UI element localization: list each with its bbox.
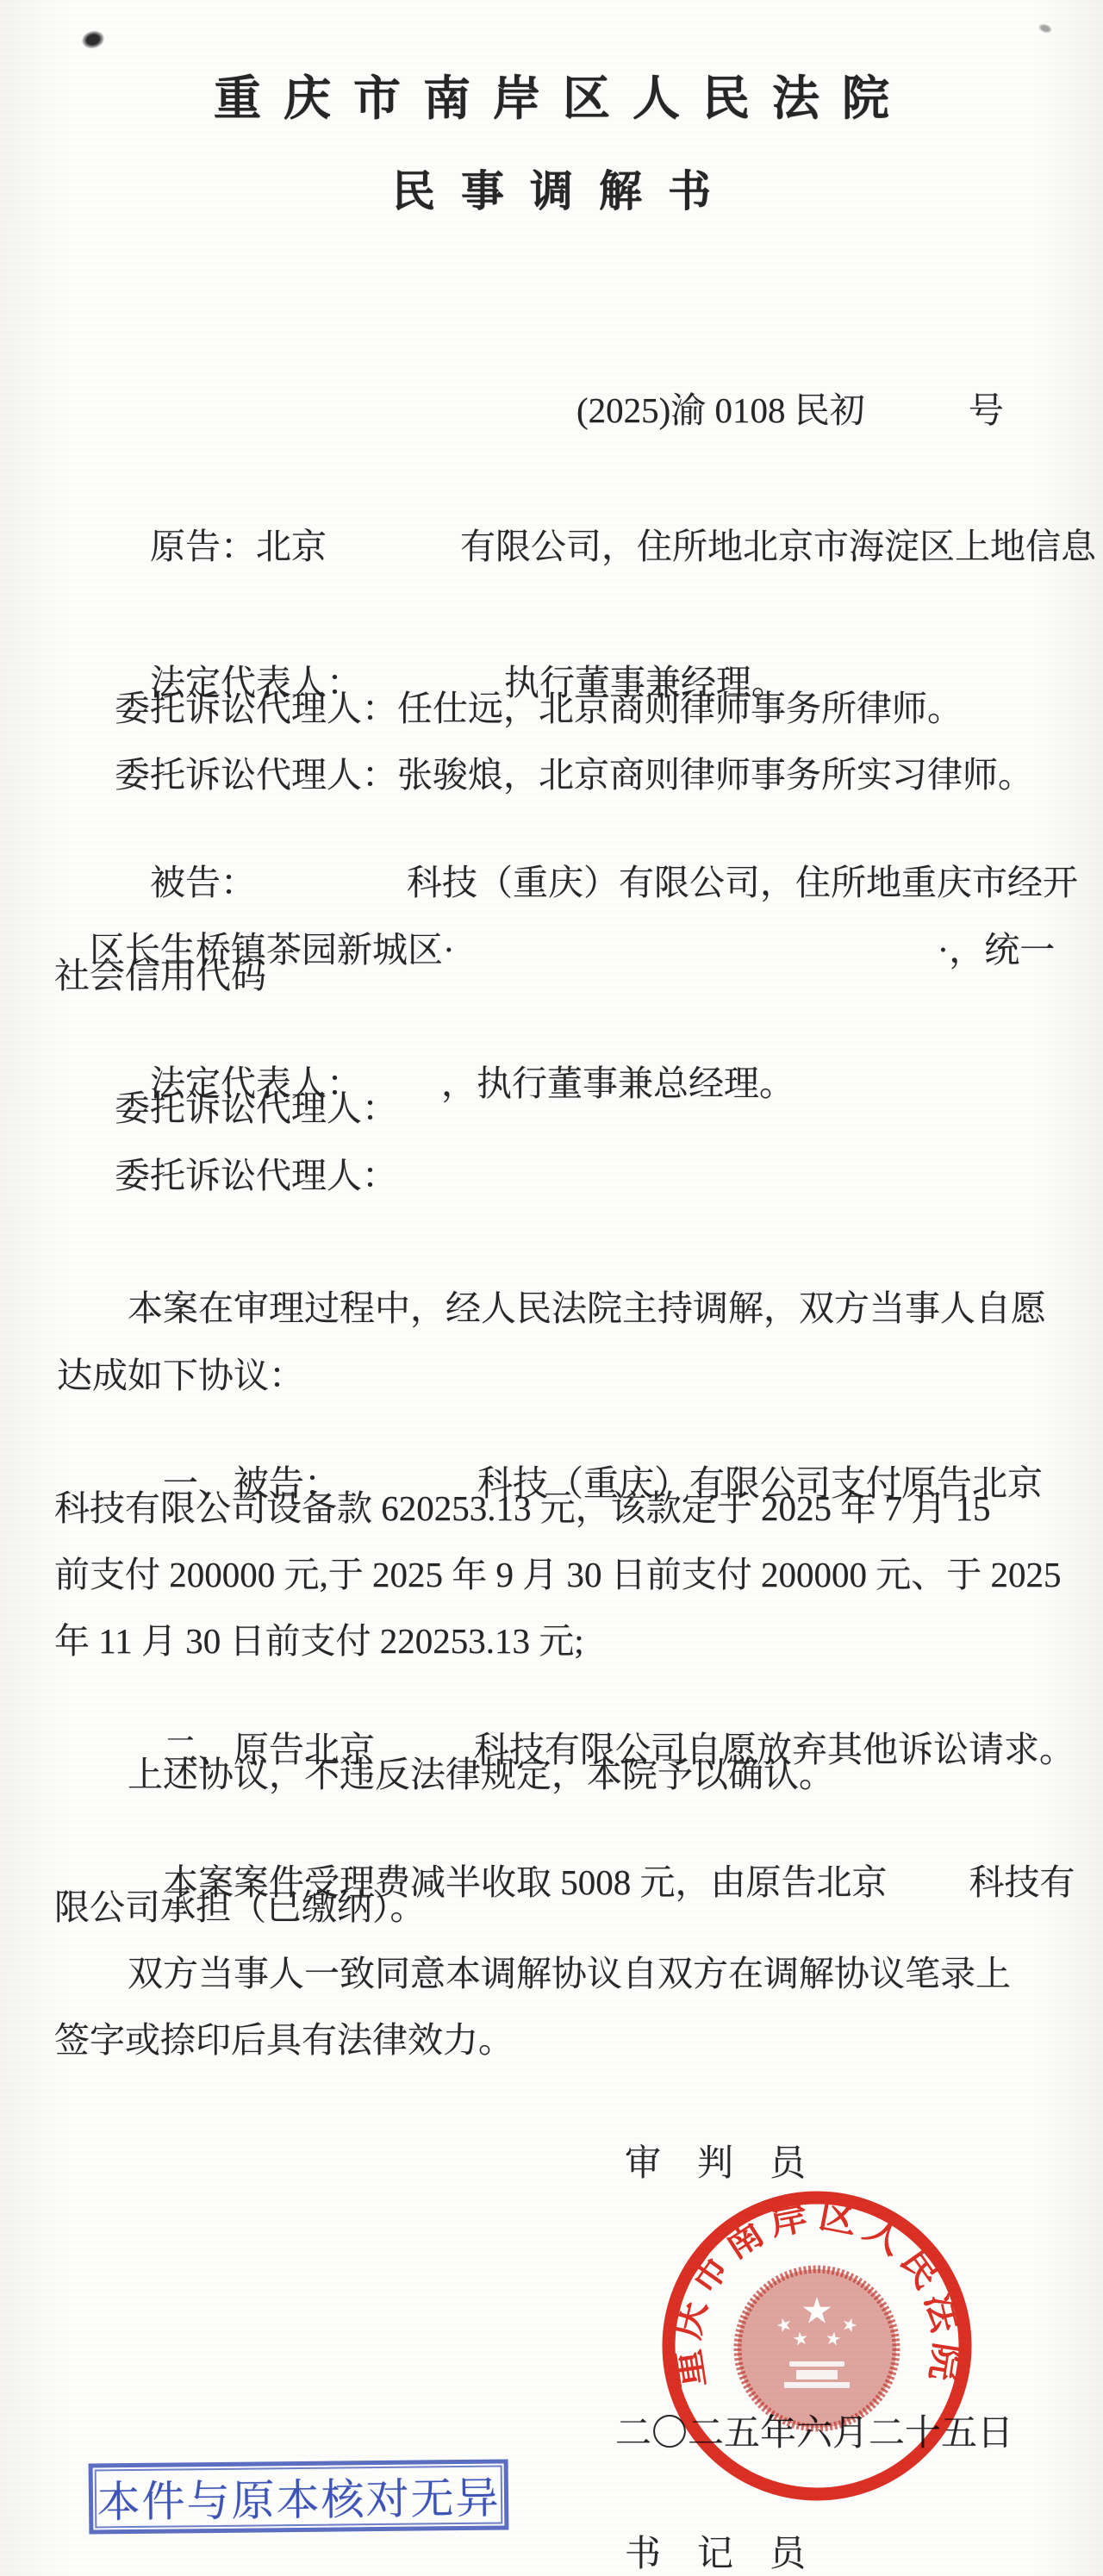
- agreement-item-1-line-4: 年 11 月 30 日前支付 220253.13 元;: [54, 1620, 584, 1662]
- plaintiff-agent-1-line: 委托诉讼代理人：任仕远，北京商则律师事务所律师。: [115, 688, 963, 729]
- case-number-suffix: 号: [969, 390, 1004, 431]
- clerk-label: 书 记 员: [625, 2534, 806, 2575]
- defendant-agent-2-line: 委托诉讼代理人：: [115, 1155, 397, 1196]
- plaintiff-agent-2-line: 委托诉讼代理人：张骏烺，北京商则律师事务所实习律师。: [115, 754, 1033, 795]
- case-number-prefix: (2025)渝 0108 民初: [576, 390, 865, 430]
- document-page: 重庆市南岸区人民法院 民事调解书 (2025)渝 0108 民初号 原告：北京有…: [0, 0, 1103, 2576]
- intro-line-2: 达成如下协议：: [57, 1355, 304, 1396]
- case-number: (2025)渝 0108 民初号: [541, 348, 1004, 472]
- credit-code-line: 社会信用代码: [54, 955, 266, 996]
- rep-title: ，执行董事兼总经理。: [441, 1063, 795, 1104]
- fee-line-2: 限公司承担（已缴纳）。: [54, 1887, 426, 1928]
- court-name: 重庆市南岸区人民法院: [0, 60, 1103, 128]
- plaintiff-suffix: 有限公司，住所地北京市海淀区上地信息: [460, 526, 1096, 567]
- scan-artifact: [1038, 22, 1053, 35]
- court-seal: 重庆市南岸区人民法院: [636, 2165, 998, 2527]
- plaintiff-line: 原告：北京有限公司，住所地北京市海淀区上地信息: [115, 484, 1096, 608]
- fee-suffix: 科技有: [969, 1862, 1075, 1903]
- intro-line-1: 本案在审理过程中，经人民法院主持调解，双方当事人自愿: [128, 1288, 1046, 1329]
- address-right: ·，统一: [938, 929, 1056, 970]
- effect-line-2: 签字或捺印后具有法律效力。: [54, 2019, 514, 2061]
- plaintiff-prefix: 原告：北京: [150, 527, 327, 566]
- doc-title: 民事调解书: [0, 157, 1103, 219]
- agreement-item-1-line-2: 科技有限公司设备款 620253.13 元，该款定于 2025 年 7 月 15: [54, 1488, 991, 1529]
- agreement-item-1-line-3: 前支付 200000 元,于 2025 年 9 月 30 日前支付 200000…: [54, 1554, 1062, 1595]
- emblem-disc: [738, 2269, 896, 2428]
- scan-artifact: [80, 28, 106, 51]
- verification-stamp-text: 本件与原本核对无异: [95, 2466, 503, 2529]
- verification-stamp: 本件与原本核对无异: [89, 2459, 509, 2534]
- effect-line-1: 双方当事人一致同意本调解协议自双方在调解协议笔录上: [128, 1953, 1011, 1994]
- defendant-agent-1-line: 委托诉讼代理人：: [115, 1088, 397, 1129]
- confirmation-line: 上述协议，不违反法律规定，本院予以确认。: [128, 1754, 834, 1795]
